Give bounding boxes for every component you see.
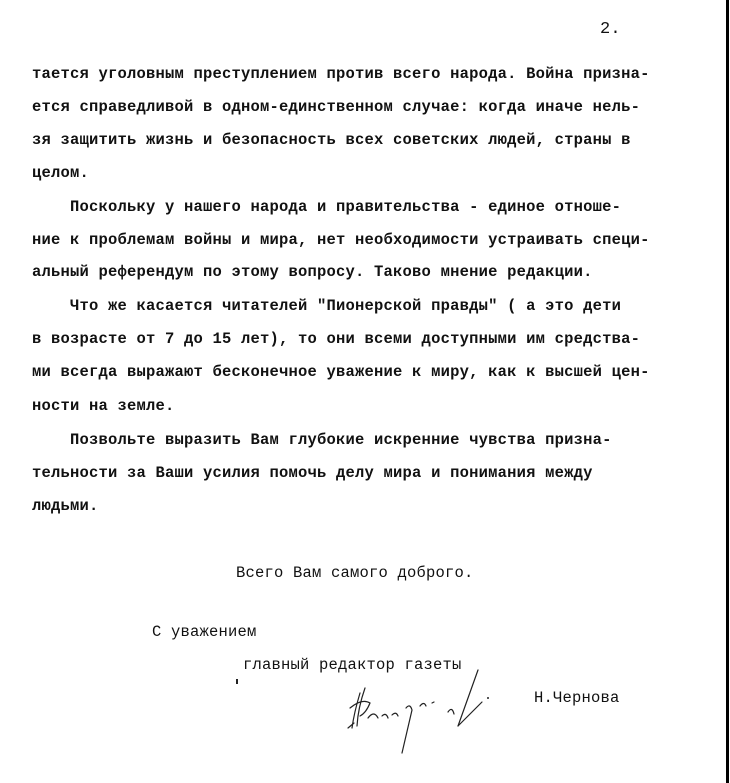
body-line: Что же касается читателей "Пионерской пр…	[32, 296, 621, 316]
body-line: в возрасте от 7 до 15 лет), то они всеми…	[32, 329, 640, 349]
letter-page: 2. тается уголовным преступлением против…	[0, 0, 730, 783]
body-line: ется справедливой в одном-единственном с…	[32, 97, 640, 117]
body-line: ности на земле.	[32, 396, 175, 416]
page-number: 2.	[600, 20, 621, 40]
regards-line: С уважением	[152, 622, 257, 642]
scan-edge-border	[726, 0, 729, 783]
signer-name: Н.Чернова	[534, 688, 620, 708]
body-line: людьми.	[32, 496, 99, 516]
body-line: Поскольку у нашего народа и правительств…	[32, 197, 621, 217]
stray-mark	[236, 679, 238, 684]
body-line: альный референдум по этому вопросу. Тако…	[32, 262, 593, 282]
body-line: ние к проблемам войны и мира, нет необхо…	[32, 230, 650, 250]
signature-icon	[340, 668, 500, 763]
body-line: ми всегда выражают бесконечное уважение …	[32, 362, 650, 382]
closing-line: Всего Вам самого доброго.	[236, 563, 474, 583]
body-line: тельности за Ваши усилия помочь делу мир…	[32, 463, 593, 483]
body-line: тается уголовным преступлением против вс…	[32, 64, 650, 84]
body-line: зя защитить жизнь и безопасность всех со…	[32, 130, 631, 150]
body-line: целом.	[32, 163, 89, 183]
body-line: Позвольте выразить Вам глубокие искренни…	[32, 430, 612, 450]
